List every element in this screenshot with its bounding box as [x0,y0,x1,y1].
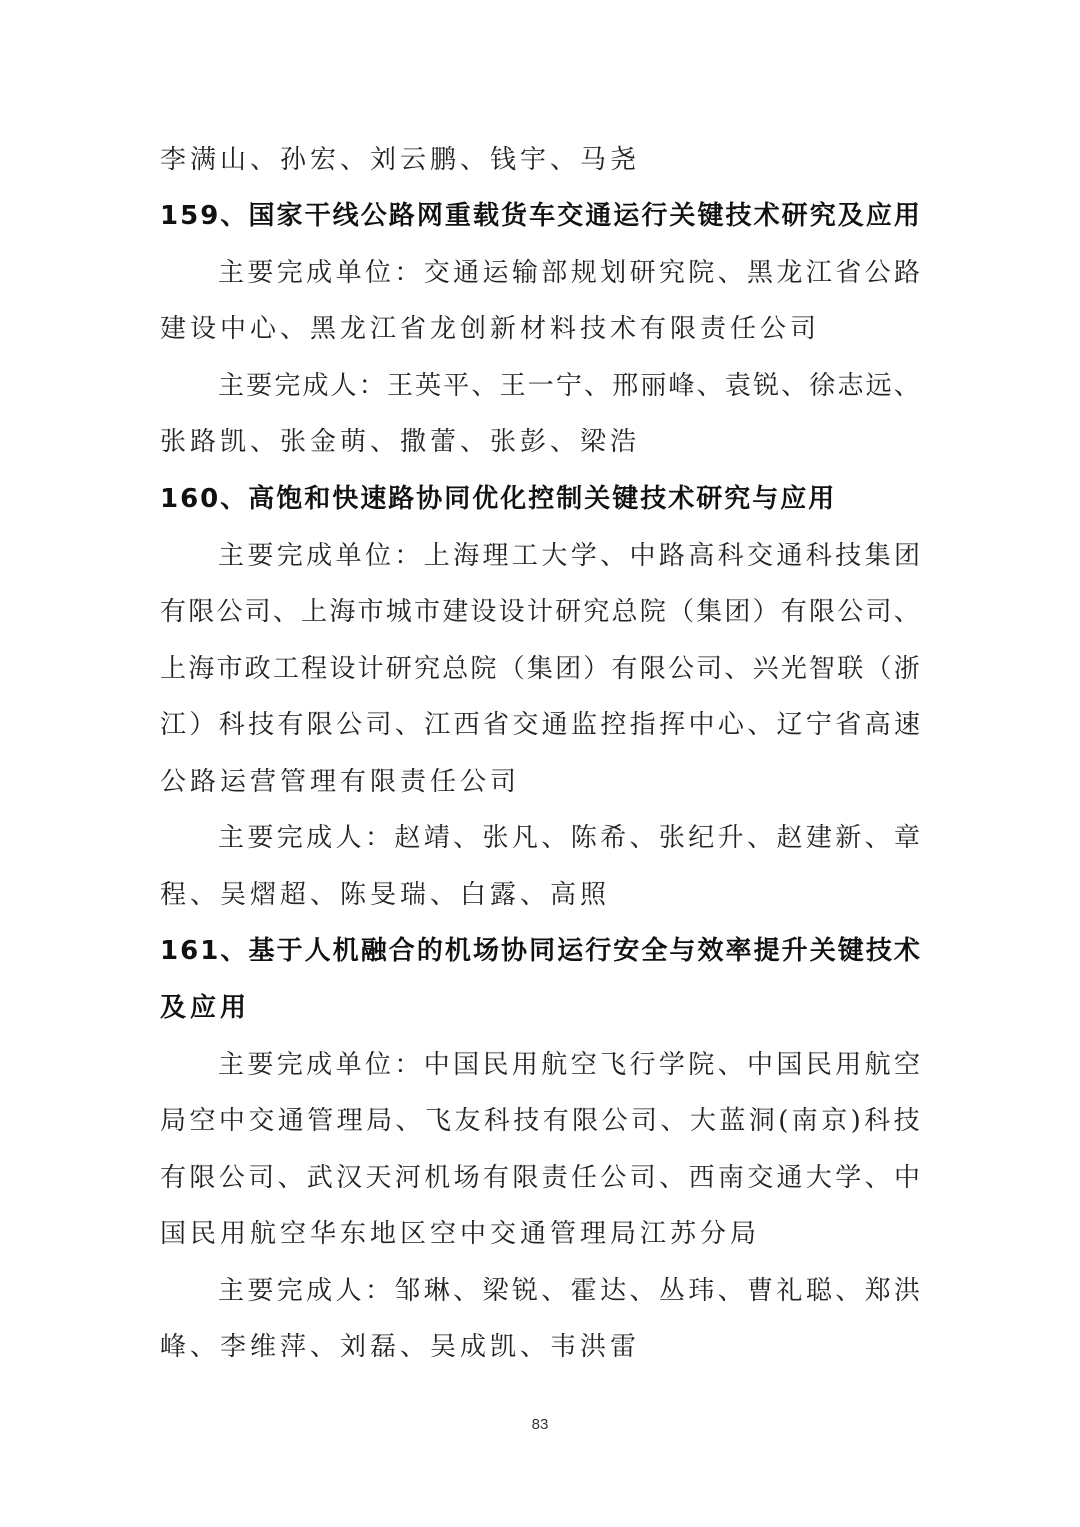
entry-160-units-line-3: 上海市政工程设计研究总院（集团）有限公司、兴光智联（浙 [160,649,920,689]
entry-161-title-line-1: 161、基于人机融合的机场协同运行安全与效率提升关键技术 [160,931,920,971]
page-number: 83 [0,1416,1080,1433]
entry-159-persons-line-1: 主要完成人：王英平、王一宁、邢丽峰、袁锐、徐志远、 [218,366,920,406]
entry-160-persons-line-1: 主要完成人：赵靖、张凡、陈希、张纪升、赵建新、章 [218,818,920,858]
entry-161-units-line-4: 国民用航空华东地区空中交通管理局江苏分局 [160,1214,920,1254]
entry-160-title: 160、高饱和快速路协同优化控制关键技术研究与应用 [160,479,920,519]
document-page: 李满山、孙宏、刘云鹏、钱宇、马尧 159、国家干线公路网重载货车交通运行关键技术… [0,0,1080,1527]
entry-160-units-line-4: 江）科技有限公司、江西省交通监控指挥中心、辽宁省高速 [160,705,920,745]
entry-159-units-line-2: 建设中心、黑龙江省龙创新材料技术有限责任公司 [160,309,920,349]
entry-159-units-line-1: 主要完成单位：交通运输部规划研究院、黑龙江省公路 [218,253,920,293]
entry-161-units-line-1: 主要完成单位：中国民用航空飞行学院、中国民用航空 [218,1045,920,1085]
entry-161-persons-line-1: 主要完成人：邹琳、梁锐、霍达、丛玮、曹礼聪、郑洪 [218,1271,920,1311]
continued-names: 李满山、孙宏、刘云鹏、钱宇、马尧 [160,140,920,180]
entry-161-title-line-2: 及应用 [160,988,920,1028]
entry-161-units-line-2: 局空中交通管理局、飞友科技有限公司、大蓝洞(南京)科技 [160,1101,920,1141]
entry-160-units-line-2: 有限公司、上海市城市建设设计研究总院（集团）有限公司、 [160,592,920,632]
entry-159-persons-line-2: 张路凯、张金萌、撒蕾、张彭、梁浩 [160,422,920,462]
entry-160-persons-line-2: 程、吴熠超、陈旻瑞、白露、高照 [160,875,920,915]
entry-160-units-line-1: 主要完成单位：上海理工大学、中路高科交通科技集团 [218,536,920,576]
entry-159-title: 159、国家干线公路网重载货车交通运行关键技术研究及应用 [160,196,920,236]
entry-161-units-line-3: 有限公司、武汉天河机场有限责任公司、西南交通大学、中 [160,1158,920,1198]
entry-160-units-line-5: 公路运营管理有限责任公司 [160,762,920,802]
entry-161-persons-line-2: 峰、李维萍、刘磊、吴成凯、韦洪雷 [160,1327,920,1367]
